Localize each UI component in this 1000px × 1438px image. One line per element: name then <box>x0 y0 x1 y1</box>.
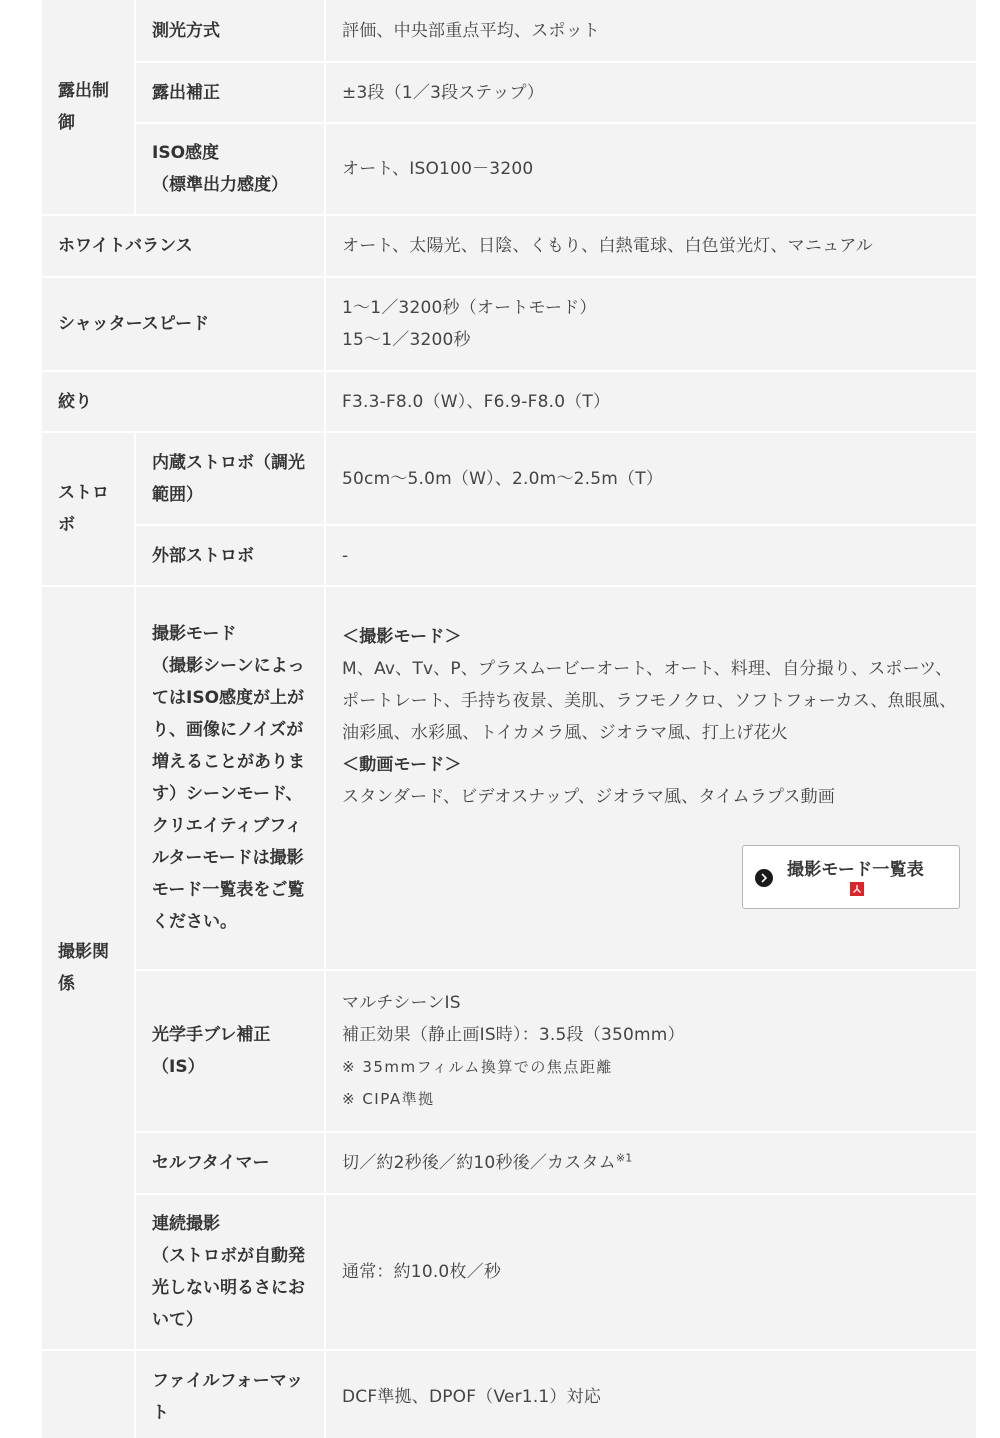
row-value-external-flash: - <box>325 525 977 586</box>
row-label-iso-line2: （標準出力感度） <box>152 169 306 201</box>
row-label-self-timer: セルフタイマー <box>135 1132 325 1194</box>
row-label-exposure-comp: 露出補正 <box>135 62 325 123</box>
table-row: 連続撮影 （ストロボが自動発光しない明るさにおいて） 通常：約10.0枚／秒 <box>41 1194 977 1350</box>
is-type: マルチシーンIS <box>342 987 960 1019</box>
row-value-white-balance: オート、太陽光、日陰、くもり、白熱電球、白色蛍光灯、マニュアル <box>325 215 977 277</box>
shooting-mode-label-line1: 撮影モード <box>152 618 306 650</box>
is-note-cipa: ※ CIPA準拠 <box>342 1083 960 1115</box>
row-value-continuous: 通常：約10.0枚／秒 <box>325 1194 977 1350</box>
row-value-shooting-mode: ＜撮影モード＞ M、Av、Tv、P、プラスムービーオート、オート、料理、自分撮り… <box>325 586 977 970</box>
row-label-aperture: 絞り <box>41 371 325 432</box>
shooting-mode-list-pdf-button[interactable]: 撮影モード一覧表 <box>742 845 960 909</box>
is-label-line2: （IS） <box>152 1051 306 1083</box>
table-row: 露出補正 ±3段（1／3段ステップ） <box>41 62 977 123</box>
chevron-right-circle-icon <box>755 869 773 887</box>
spec-table: 露出制御 測光方式 評価、中央部重点平均、スポット 露出補正 ±3段（1／3段ス… <box>40 0 978 1438</box>
table-row: セルフタイマー 切／約2秒後／約10秒後／カスタム※1 <box>41 1132 977 1194</box>
shooting-mode-label-line2: （撮影シーンによってはISO感度が上がり、画像にノイズが増えることがあります）シ… <box>152 650 306 938</box>
still-mode-heading: ＜撮影モード＞ <box>342 621 960 653</box>
continuous-label-line2: （ストロボが自動発光しない明るさにおいて） <box>152 1240 306 1336</box>
row-label-iso-line1: ISO感度 <box>152 137 306 169</box>
row-label-white-balance: ホワイトバランス <box>41 215 325 277</box>
row-label-builtin-flash: 内蔵ストロボ（調光範囲） <box>135 432 325 525</box>
table-row: 光学手ブレ補正 （IS） マルチシーンIS 補正効果（静止画IS時）：3.5段（… <box>41 970 977 1132</box>
row-value-self-timer: 切／約2秒後／約10秒後／カスタム※1 <box>325 1132 977 1194</box>
row-label-file-format: ファイルフォーマット <box>135 1350 325 1438</box>
row-label-image-stabilizer: 光学手ブレ補正 （IS） <box>135 970 325 1132</box>
self-timer-value: 切／約2秒後／約10秒後／カスタム <box>342 1153 616 1173</box>
row-label-iso: ISO感度 （標準出力感度） <box>135 123 325 215</box>
group-label-flash: ストロボ <box>41 432 135 586</box>
group-label-empty <box>41 1350 135 1438</box>
shutter-speed-manual: 15～1／3200秒 <box>342 324 960 356</box>
shutter-speed-auto: 1～1／3200秒（オートモード） <box>342 292 960 324</box>
self-timer-footnote: ※1 <box>616 1151 633 1164</box>
still-mode-list: M、Av、Tv、P、プラスムービーオート、オート、料理、自分撮り、スポーツ、ポー… <box>342 653 960 749</box>
continuous-label-line1: 連続撮影 <box>152 1208 306 1240</box>
table-row: ホワイトバランス オート、太陽光、日陰、くもり、白熱電球、白色蛍光灯、マニュアル <box>41 215 977 277</box>
row-value-iso: オート、ISO100－3200 <box>325 123 977 215</box>
row-label-metering: 測光方式 <box>135 0 325 62</box>
row-value-file-format: DCF準拠、DPOF（Ver1.1）対応 <box>325 1350 977 1438</box>
row-value-image-stabilizer: マルチシーンIS 補正効果（静止画IS時）：3.5段（350mm） ※ 35mm… <box>325 970 977 1132</box>
table-row: ISO感度 （標準出力感度） オート、ISO100－3200 <box>41 123 977 215</box>
is-effect: 補正効果（静止画IS時）：3.5段（350mm） <box>342 1019 960 1051</box>
row-label-shooting-mode: 撮影モード （撮影シーンによってはISO感度が上がり、画像にノイズが増えることが… <box>135 586 325 970</box>
table-row: 絞り F3.3-F8.0（W）、F6.9-F8.0（T） <box>41 371 977 432</box>
row-label-continuous: 連続撮影 （ストロボが自動発光しない明るさにおいて） <box>135 1194 325 1350</box>
group-label-exposure-control: 露出制御 <box>41 0 135 215</box>
movie-mode-list: スタンダード、ビデオスナップ、ジオラマ風、タイムラプス動画 <box>342 781 960 813</box>
row-value-metering: 評価、中央部重点平均、スポット <box>325 0 977 62</box>
row-label-shutter-speed: シャッタースピード <box>41 277 325 371</box>
table-row: 撮影関係 撮影モード （撮影シーンによってはISO感度が上がり、画像にノイズが増… <box>41 586 977 970</box>
pdf-button-label: 撮影モード一覧表 <box>787 858 924 882</box>
group-label-shooting: 撮影関係 <box>41 586 135 1350</box>
pdf-icon <box>850 882 864 896</box>
is-label-line1: 光学手ブレ補正 <box>152 1019 306 1051</box>
table-row: 外部ストロボ - <box>41 525 977 586</box>
is-note-focal: ※ 35mmフィルム換算での焦点距離 <box>342 1051 960 1083</box>
row-value-builtin-flash: 50cm～5.0m（W）、2.0m～2.5m（T） <box>325 432 977 525</box>
table-row: ファイルフォーマット DCF準拠、DPOF（Ver1.1）対応 <box>41 1350 977 1438</box>
table-row: シャッタースピード 1～1／3200秒（オートモード） 15～1／3200秒 <box>41 277 977 371</box>
table-row: ストロボ 内蔵ストロボ（調光範囲） 50cm～5.0m（W）、2.0m～2.5m… <box>41 432 977 525</box>
row-label-external-flash: 外部ストロボ <box>135 525 325 586</box>
row-value-aperture: F3.3-F8.0（W）、F6.9-F8.0（T） <box>325 371 977 432</box>
movie-mode-heading: ＜動画モード＞ <box>342 749 960 781</box>
table-row: 露出制御 測光方式 評価、中央部重点平均、スポット <box>41 0 977 62</box>
row-value-exposure-comp: ±3段（1／3段ステップ） <box>325 62 977 123</box>
row-value-shutter-speed: 1～1／3200秒（オートモード） 15～1／3200秒 <box>325 277 977 371</box>
